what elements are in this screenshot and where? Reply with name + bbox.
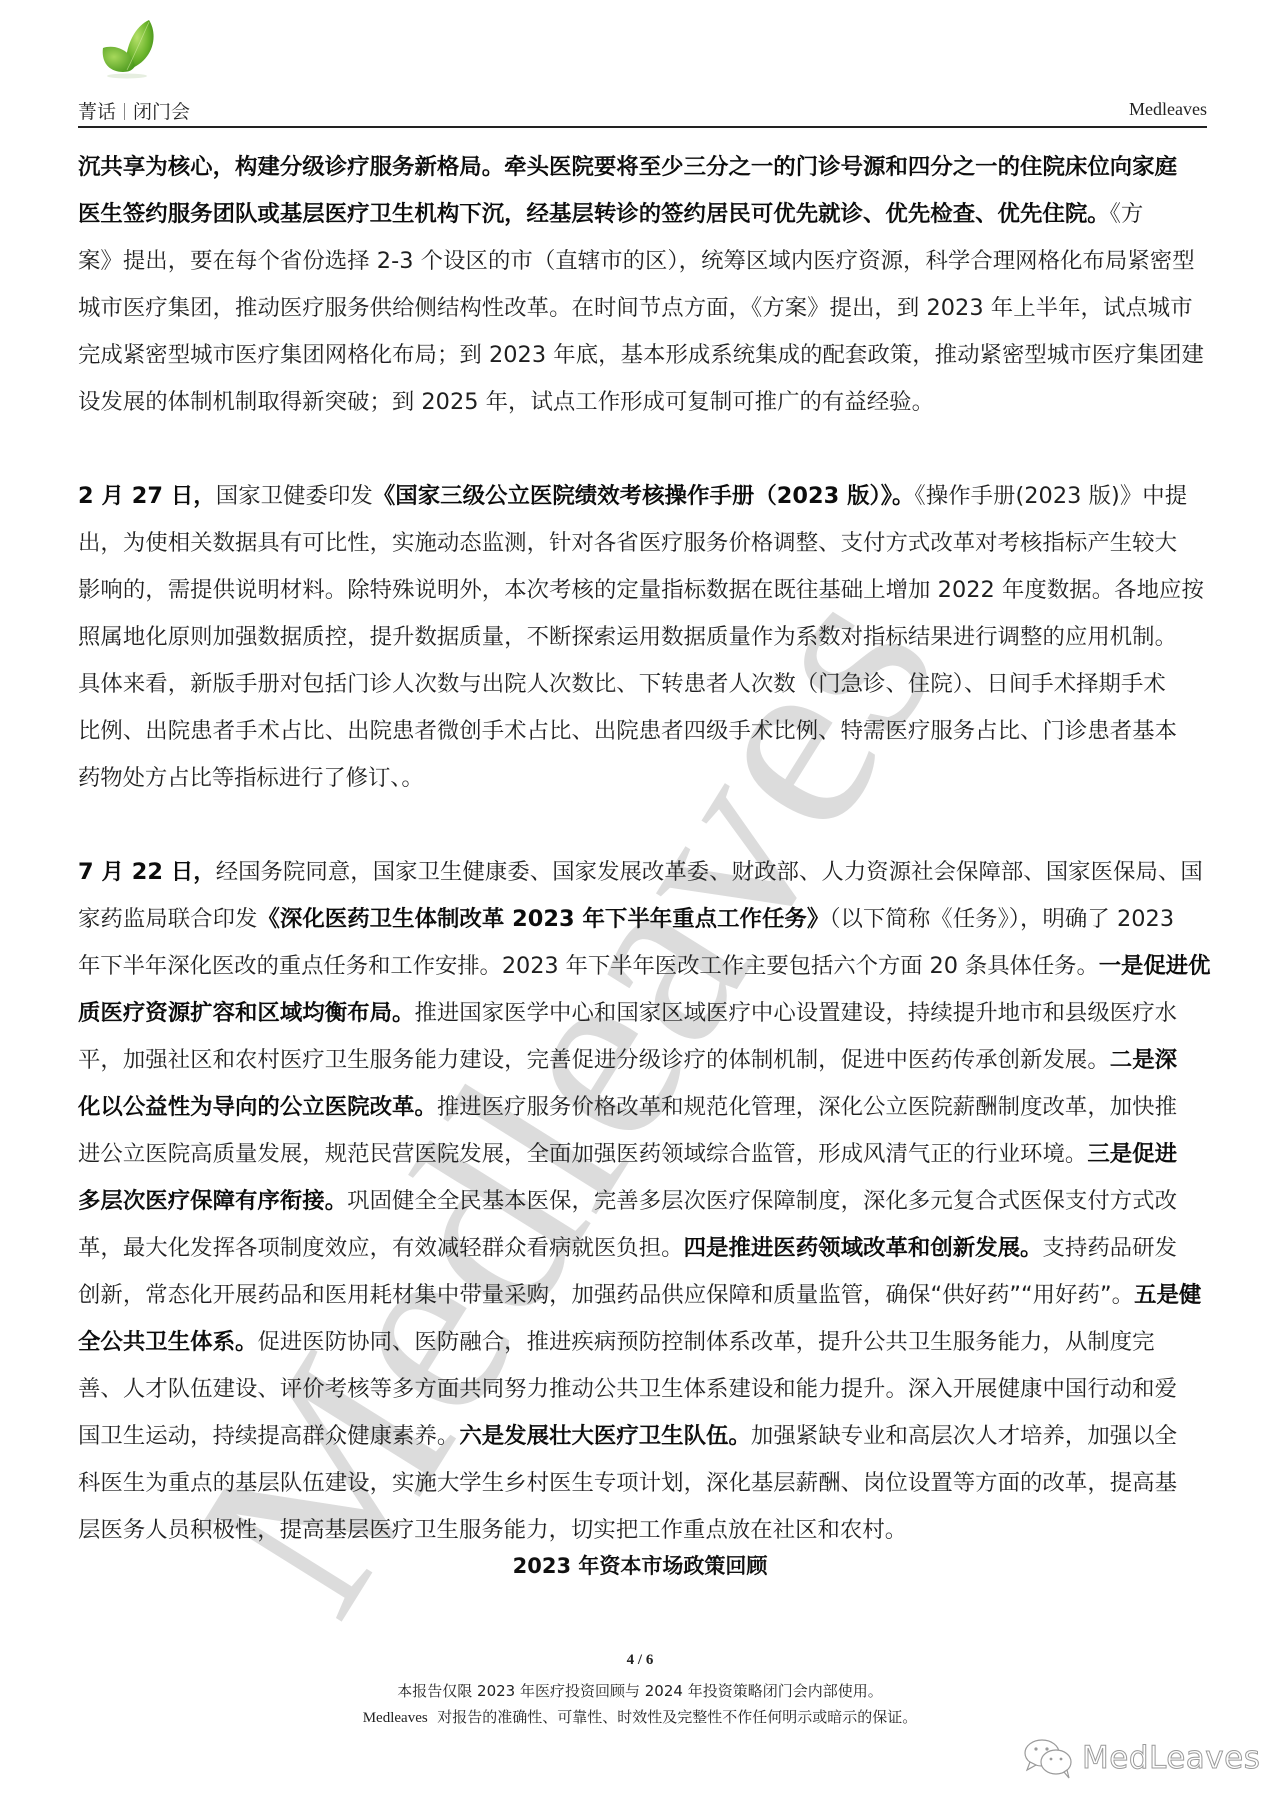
- paragraph: 7 月 22 日，经国务院同意，国家卫生健康委、国家发展改革委、财政部、人力资源…: [78, 849, 1213, 1554]
- text-line: 创新，常态化开展药品和医用耗材集中带量采购，加强药品供应保障和质量监管，确保“供…: [78, 1272, 1213, 1319]
- bold-text: 一是促进优: [1099, 953, 1211, 979]
- text-line: 全公共卫生体系。促进医防协同、医防融合，推进疾病预防控制体系改革，提升公共卫生服…: [78, 1319, 1213, 1366]
- text-line: 科医生为重点的基层队伍建设，实施大学生乡村医生专项计划，深化基层薪酬、岗位设置等…: [78, 1460, 1213, 1507]
- wechat-account-name: MedLeaves: [1082, 1740, 1260, 1776]
- text-line: 设发展的体制机制取得新突破；到 2025 年，试点工作形成可复制可推广的有益经验…: [78, 379, 1213, 426]
- body-text: 出，为使相关数据具有可比性，实施动态监测，针对各省医疗服务价格调整、支付方式改革…: [78, 530, 1177, 556]
- text-line: 医生签约服务团队或基层医疗卫生机构下沉，经基层转诊的签约居民可优先就诊、优先检查…: [78, 191, 1213, 238]
- body-text: 家药监局联合印发: [78, 906, 258, 932]
- wechat-account-mark: MedLeaves: [1022, 1736, 1260, 1780]
- body-text: 具体来看，新版手册对包括门诊人次数与出院人次数比、下转患者人次数（门急诊、住院）…: [78, 671, 1166, 697]
- body-text: 加强紧缺专业和高层次人才培养，加强以全: [751, 1423, 1177, 1449]
- body-text: 国家卫健委印发: [216, 483, 373, 509]
- body-text: 照属地化原则加强数据质控，提升数据质量，不断探索运用数据质量作为系数对指标结果进…: [78, 624, 1177, 650]
- bold-text: 多层次医疗保障有序衔接。: [78, 1188, 347, 1214]
- paragraph-spacer: [78, 426, 1213, 473]
- text-line: 平，加强社区和农村医疗卫生服务能力建设，完善促进分级诊疗的体制机制，促进中医药传…: [78, 1037, 1213, 1084]
- body-text: 创新，常态化开展药品和医用耗材集中带量采购，加强药品供应保障和质量监管，确保“供…: [78, 1282, 1134, 1308]
- footer-brand: Medleaves: [363, 1710, 428, 1726]
- wechat-icon: [1022, 1737, 1078, 1779]
- body-text: 革，最大化发挥各项制度效应，有效减轻群众看病就医负担。: [78, 1235, 684, 1261]
- bold-text: 四是推进医药领域改革和创新发展。: [684, 1235, 1043, 1261]
- text-line: 国卫生运动，持续提高群众健康素养。六是发展壮大医疗卫生队伍。加强紧缺专业和高层次…: [78, 1413, 1213, 1460]
- footer-disclaimer-line-2: Medleaves 对报告的准确性、可靠性、时效性及完整性不作任何明示或暗示的保…: [0, 1706, 1280, 1727]
- bold-text: 《深化医药卫生体制改革 2023 年下半年重点工作任务》: [258, 906, 830, 932]
- section-heading: 2023 年资本市场政策回顾: [0, 1550, 1280, 1580]
- body-text: 科医生为重点的基层队伍建设，实施大学生乡村医生专项计划，深化基层薪酬、岗位设置等…: [78, 1470, 1177, 1496]
- header-brand: 菁话闭门会: [78, 97, 190, 124]
- text-line: 层医务人员积极性，提高基层医疗卫生服务能力，切实把工作重点放在社区和农村。: [78, 1507, 1213, 1554]
- header-separator: [124, 103, 125, 120]
- bold-text: 六是发展壮大医疗卫生队伍。: [459, 1423, 751, 1449]
- body-text: 药物处方占比等指标进行了修订、。: [78, 765, 424, 791]
- body-text: 善、人才队伍建设、评价考核等多方面共同努力推动公共卫生体系建设和能力提升。深入开…: [78, 1376, 1177, 1402]
- body-text: 《方: [1110, 201, 1144, 227]
- text-line: 年下半年深化医改的重点任务和工作安排。2023 年下半年医改工作主要包括六个方面…: [78, 943, 1213, 990]
- text-line: 化以公益性为导向的公立医院改革。推进医疗服务价格改革和规范化管理，深化公立医院薪…: [78, 1084, 1213, 1131]
- text-line: 7 月 22 日，经国务院同意，国家卫生健康委、国家发展改革委、财政部、人力资源…: [78, 849, 1213, 896]
- header-brand-subtitle: 闭门会: [133, 101, 190, 123]
- body-text: 支持药品研发: [1042, 1235, 1177, 1261]
- body-text: （以下简称《任务》），明确了 2023: [829, 906, 1174, 932]
- green-leaf-logo-icon: [93, 18, 165, 80]
- bold-text: 化以公益性为导向的公立医院改革。: [78, 1094, 437, 1120]
- text-line: 革，最大化发挥各项制度效应，有效减轻群众看病就医负担。四是推进医药领域改革和创新…: [78, 1225, 1213, 1272]
- body-text: 《操作手册(2023 版)》中提: [914, 483, 1187, 509]
- text-line: 比例、出院患者手术占比、出院患者微创手术占比、出院患者四级手术比例、特需医疗服务…: [78, 708, 1213, 755]
- paragraph-spacer: [78, 802, 1213, 849]
- body-text: 完成紧密型城市医疗集团网格化布局；到 2023 年底，基本形成系统集成的配套政策…: [78, 342, 1204, 368]
- text-line: 进公立医院高质量发展，规范民营医院发展，全面加强医药领域综合监管，形成风清气正的…: [78, 1131, 1213, 1178]
- text-line: 影响的，需提供说明材料。除特殊说明外，本次考核的定量指标数据在既往基础上增加 2…: [78, 567, 1213, 614]
- body-text: 经国务院同意，国家卫生健康委、国家发展改革委、财政部、人力资源社会保障部、国家医…: [216, 859, 1203, 885]
- text-line: 2 月 27 日，国家卫健委印发《国家三级公立医院绩效考核操作手册（2023 版…: [78, 473, 1213, 520]
- text-line: 药物处方占比等指标进行了修订、。: [78, 755, 1213, 802]
- paragraph: 2 月 27 日，国家卫健委印发《国家三级公立医院绩效考核操作手册（2023 版…: [78, 473, 1213, 802]
- bold-text: 《国家三级公立医院绩效考核操作手册（2023 版）》。: [373, 483, 915, 509]
- header-divider: [78, 126, 1207, 128]
- text-line: 多层次医疗保障有序衔接。巩固健全全民基本医保，完善多层次医疗保障制度，深化多元复…: [78, 1178, 1213, 1225]
- text-line: 家药监局联合印发《深化医药卫生体制改革 2023 年下半年重点工作任务》（以下简…: [78, 896, 1213, 943]
- paragraph: 沉共享为核心，构建分级诊疗服务新格局。牵头医院要将至少三分之一的门诊号源和四分之…: [78, 144, 1213, 426]
- bold-text: 2 月 27 日，: [78, 483, 216, 509]
- document-body: 沉共享为核心，构建分级诊疗服务新格局。牵头医院要将至少三分之一的门诊号源和四分之…: [78, 144, 1213, 1554]
- footer-disclaimer-line-1: 本报告仅限 2023 年医疗投资回顾与 2024 年投资策略闭门会内部使用。: [0, 1680, 1280, 1701]
- body-text: 推进医疗服务价格改革和规范化管理，深化公立医院薪酬制度改革，加快推: [437, 1094, 1177, 1120]
- document-page: Medleaves 菁话闭门会 Medleaves: [0, 0, 1280, 1810]
- text-line: 完成紧密型城市医疗集团网格化布局；到 2023 年底，基本形成系统集成的配套政策…: [78, 332, 1213, 379]
- header-brand-name: 菁话: [78, 101, 116, 123]
- body-text: 进公立医院高质量发展，规范民营医院发展，全面加强医药领域综合监管，形成风清气正的…: [78, 1141, 1087, 1167]
- text-line: 照属地化原则加强数据质控，提升数据质量，不断探索运用数据质量作为系数对指标结果进…: [78, 614, 1213, 661]
- body-text: 比例、出院患者手术占比、出院患者微创手术占比、出院患者四级手术比例、特需医疗服务…: [78, 718, 1177, 744]
- body-text: 平，加强社区和农村医疗卫生服务能力建设，完善促进分级诊疗的体制机制，促进中医药传…: [78, 1047, 1110, 1073]
- body-text: 层医务人员积极性，提高基层医疗卫生服务能力，切实把工作重点放在社区和农村。: [78, 1517, 907, 1543]
- bold-text: 五是健: [1134, 1282, 1201, 1308]
- bold-text: 7 月 22 日，: [78, 859, 216, 885]
- bold-text: 沉共享为核心，构建分级诊疗服务新格局。牵头医院要将至少三分之一的门诊号源和四分之…: [78, 154, 1177, 180]
- text-line: 城市医疗集团，推动医疗服务供给侧结构性改革。在时间节点方面，《方案》提出，到 2…: [78, 285, 1213, 332]
- body-text: 城市医疗集团，推动医疗服务供给侧结构性改革。在时间节点方面，《方案》提出，到 2…: [78, 295, 1193, 321]
- body-text: 巩固健全全民基本医保，完善多层次医疗保障制度，深化多元复合式医保支付方式改: [347, 1188, 1177, 1214]
- body-text: 影响的，需提供说明材料。除特殊说明外，本次考核的定量指标数据在既往基础上增加 2…: [78, 577, 1204, 603]
- body-text: 设发展的体制机制取得新突破；到 2025 年，试点工作形成可复制可推广的有益经验…: [78, 389, 934, 415]
- body-text: 国卫生运动，持续提高群众健康素养。: [78, 1423, 459, 1449]
- header-company: Medleaves: [1129, 99, 1207, 120]
- bold-text: 全公共卫生体系。: [78, 1329, 257, 1355]
- body-text: 年下半年深化医改的重点任务和工作安排。2023 年下半年医改工作主要包括六个方面…: [78, 953, 1099, 979]
- text-line: 善、人才队伍建设、评价考核等多方面共同努力推动公共卫生体系建设和能力提升。深入开…: [78, 1366, 1213, 1413]
- body-text: 推进国家医学中心和国家区域医疗中心设置建设，持续提升地市和县级医疗水: [414, 1000, 1177, 1026]
- text-line: 沉共享为核心，构建分级诊疗服务新格局。牵头医院要将至少三分之一的门诊号源和四分之…: [78, 144, 1213, 191]
- page-number: 4 / 6: [0, 1652, 1280, 1669]
- text-line: 案》提出，要在每个省份选择 2-3 个设区的市（直辖市的区），统筹区域内医疗资源…: [78, 238, 1213, 285]
- text-line: 具体来看，新版手册对包括门诊人次数与出院人次数比、下转患者人次数（门急诊、住院）…: [78, 661, 1213, 708]
- footer-disclaimer-text: 对报告的准确性、可靠性、时效性及完整性不作任何明示或暗示的保证。: [437, 1708, 917, 1726]
- text-line: 出，为使相关数据具有可比性，实施动态监测，针对各省医疗服务价格调整、支付方式改革…: [78, 520, 1213, 567]
- text-line: 质医疗资源扩容和区域均衡布局。推进国家医学中心和国家区域医疗中心设置建设，持续提…: [78, 990, 1213, 1037]
- bold-text: 质医疗资源扩容和区域均衡布局。: [78, 1000, 414, 1026]
- bold-text: 医生签约服务团队或基层医疗卫生机构下沉，经基层转诊的签约居民可优先就诊、优先检查…: [78, 201, 1110, 227]
- bold-text: 三是促进: [1087, 1141, 1177, 1167]
- body-text: 促进医防协同、医防融合，推进疾病预防控制体系改革，提升公共卫生服务能力，从制度完: [257, 1329, 1154, 1355]
- bold-text: 二是深: [1110, 1047, 1177, 1073]
- body-text: 案》提出，要在每个省份选择 2-3 个设区的市（直辖市的区），统筹区域内医疗资源…: [78, 248, 1195, 274]
